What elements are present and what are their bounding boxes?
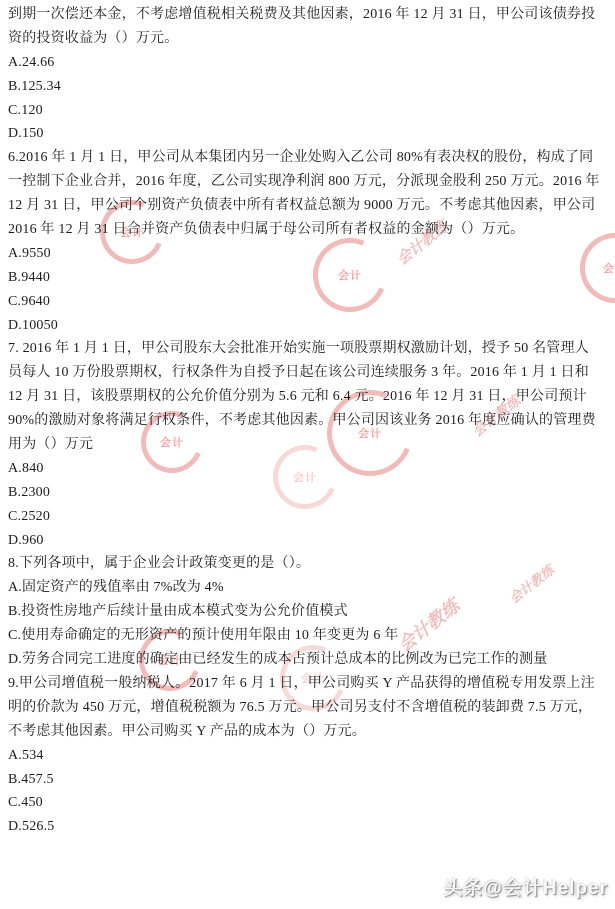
q7-stem-line: 90%的激励对象将满足行权条件，不考虑其他因素。甲公司因该业务 2016 年度应… [8,409,608,433]
q5-option-a: A.24.66 [8,51,608,75]
question-6: 6.2016 年 1 月 1 日，甲公司从本集团内另一企业处购入乙公司 80%有… [8,146,608,337]
q5-option-c: C.120 [8,99,608,123]
q8-stem-line: 8.下列各项中，属于企业会计政策变更的是（）。 [8,552,608,576]
q6-option-a: A.9550 [8,242,608,266]
q7-stem-line: 员每人 10 万份股票期权，行权条件为自授予日起在该公司连续服务 3 年。201… [8,361,608,385]
q9-stem-line: 明的价款为 450 万元，增值税税额为 76.5 万元。甲公司另支付不含增值税的… [8,696,608,720]
q9-stem-line: 不考虑其他因素。甲公司购买 Y 产品的成本为（）万元。 [8,720,608,744]
question-8: 8.下列各项中，属于企业会计政策变更的是（）。 A.固定资产的残值率由 7%改为… [8,552,608,671]
q7-stem-line: 7. 2016 年 1 月 1 日，甲公司股东大会批准开始实施一项股票期权激励计… [8,337,608,361]
q9-option-b: B.457.5 [8,768,608,792]
q9-option-c: C.450 [8,791,608,815]
q6-option-c: C.9640 [8,290,608,314]
q6-option-d: D.10050 [8,314,608,338]
q6-stem-line: 6.2016 年 1 月 1 日，甲公司从本集团内另一企业处购入乙公司 80%有… [8,146,608,170]
question-7: 7. 2016 年 1 月 1 日，甲公司股东大会批准开始实施一项股票期权激励计… [8,337,608,552]
q7-option-d: D.960 [8,529,608,553]
q5-stem-line: 到期一次偿还本金，不考虑增值税相关税费及其他因素，2016 年 12 月 31 … [8,3,608,27]
q7-option-b: B.2300 [8,481,608,505]
q8-option-c: C.使用寿命确定的无形资产的预计使用年限由 10 年变更为 6 年 [8,624,608,648]
q5-option-d: D.150 [8,122,608,146]
q7-option-a: A.840 [8,457,608,481]
toutiao-author-watermark: 头条@会计Helper [443,873,608,900]
question-5-continuation: 到期一次偿还本金，不考虑增值税相关税费及其他因素，2016 年 12 月 31 … [8,3,608,146]
q6-option-b: B.9440 [8,266,608,290]
q8-option-a: A.固定资产的残值率由 7%改为 4% [8,576,608,600]
q9-stem-line: 9.甲公司增值税一般纳税人。2017 年 6 月 1 日，甲公司购买 Y 产品获… [8,672,608,696]
q7-stem-line: 12 月 31 日，该股票期权的公允价值分别为 5.6 元和 6.4 元。201… [8,385,608,409]
q5-stem-line: 资的投资收益为（）万元。 [8,27,608,51]
q7-stem-line: 用为（）万元 [8,433,608,457]
q9-option-a: A.534 [8,744,608,768]
q7-option-c: C.2520 [8,505,608,529]
question-9: 9.甲公司增值税一般纳税人。2017 年 6 月 1 日，甲公司购买 Y 产品获… [8,672,608,839]
q5-option-b: B.125.34 [8,75,608,99]
exam-page: 到期一次偿还本金，不考虑增值税相关税费及其他因素，2016 年 12 月 31 … [8,3,608,839]
q9-option-d: D.526.5 [8,815,608,839]
q6-stem-line: 一控制下企业合并，2016 年度，乙公司实现净利润 800 万元，分派现金股利 … [8,170,608,194]
q8-option-d: D.劳务合同完工进度的确定由已经发生的成本占预计总成本的比例改为已完工作的测量 [8,648,608,672]
q8-option-b: B.投资性房地产后续计量由成本模式变为公允价值模式 [8,600,608,624]
q6-stem-line: 2016 年 12 月 31 日合并资产负债表中归属于母公司所有者权益的金额为（… [8,218,608,242]
q6-stem-line: 12 月 31 日，甲公司个别资产负债表中所有者权益总额为 9000 万元。不考… [8,194,608,218]
